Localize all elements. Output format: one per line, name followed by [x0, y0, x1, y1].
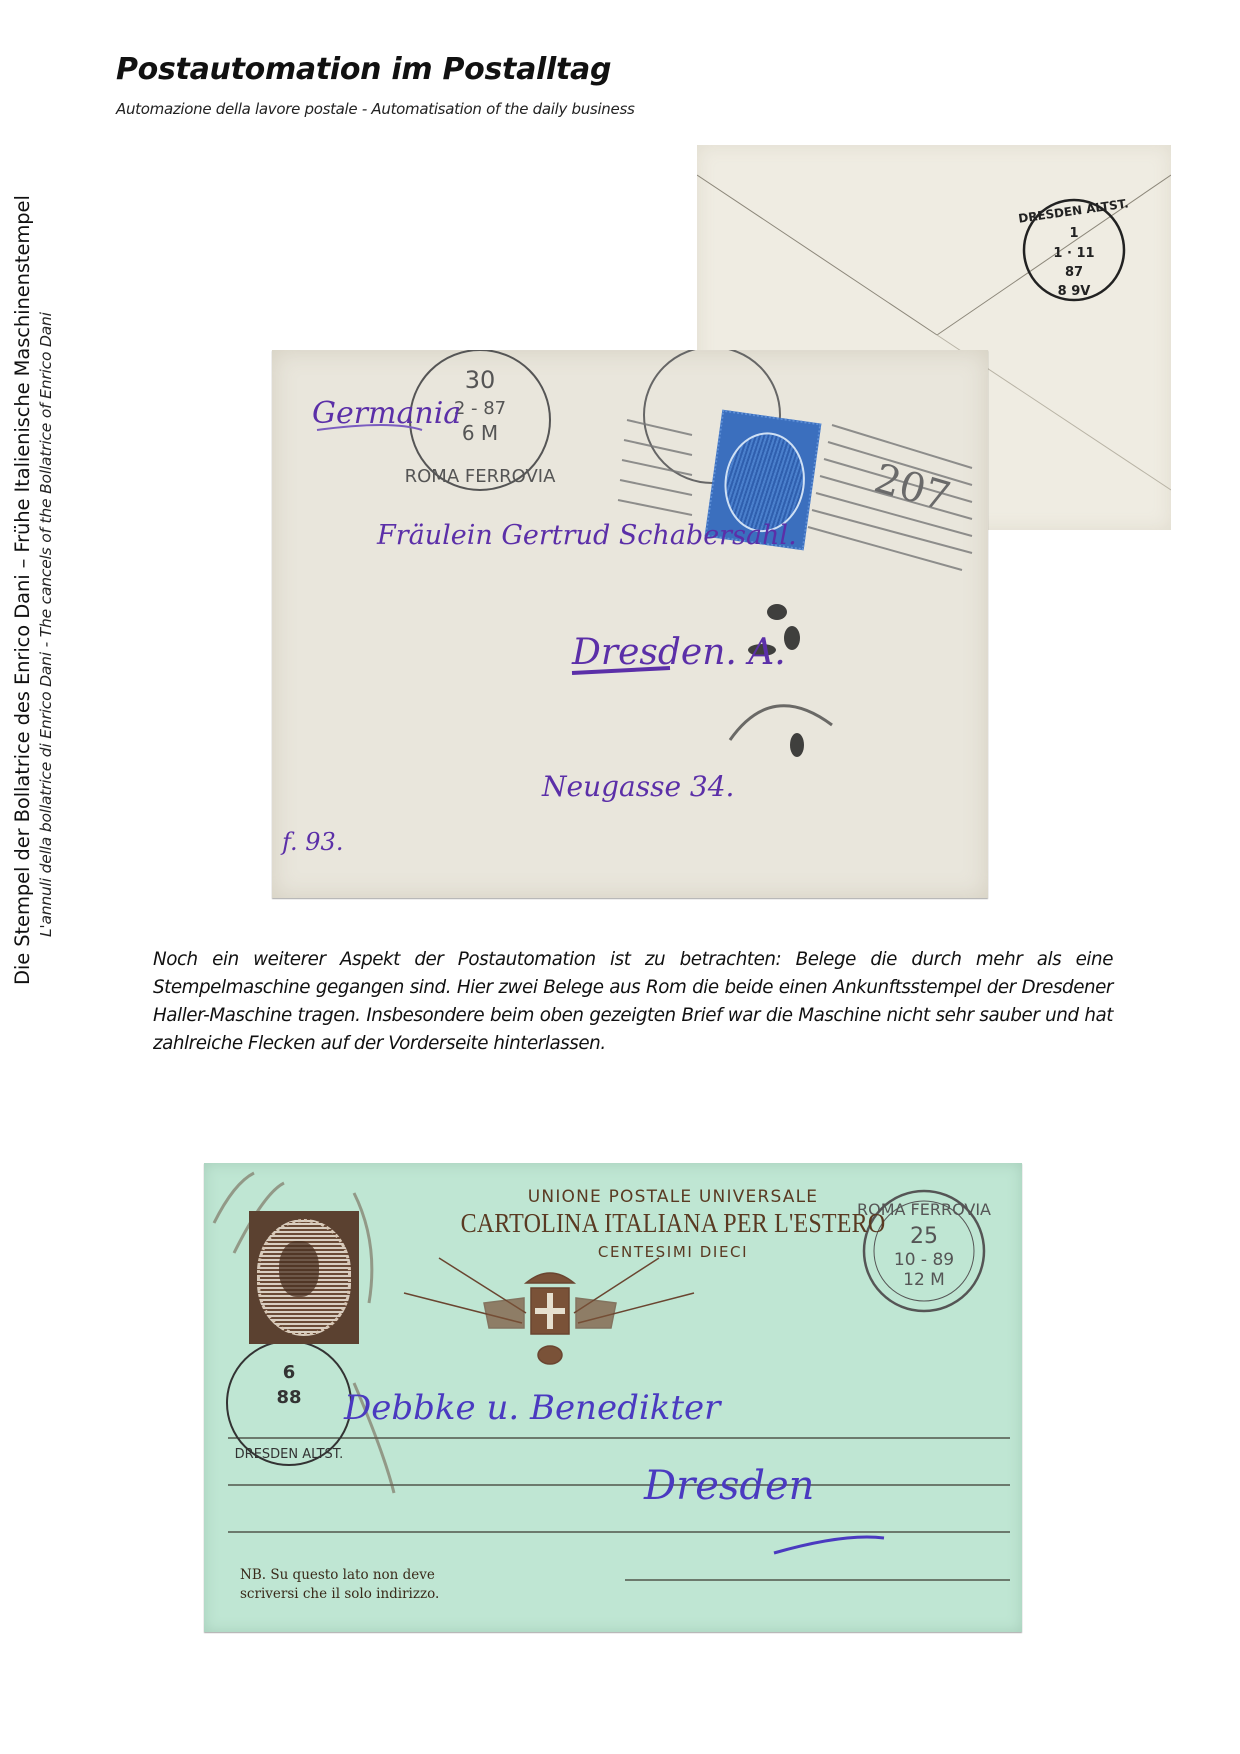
postcard-header-line1: UNIONE POSTALE UNIVERSALE	[204, 1187, 1022, 1207]
envelope-front-image: 30 2 - 87 6 M ROMA FERROVIA 207 Germania…	[272, 350, 988, 898]
svg-text:ROMA FERROVIA: ROMA FERROVIA	[405, 466, 556, 487]
side-title-sub: L'annuli della bollatrice di Enrico Dani…	[36, 45, 56, 985]
postcard-image: ROMA FERROVIA 25 10 - 89 12 M 6 88 DRESD…	[204, 1163, 1022, 1632]
svg-text:8 9V: 8 9V	[1058, 284, 1091, 299]
svg-text:1 · 11: 1 · 11	[1053, 246, 1094, 261]
svg-text:DRESDEN ALTST.: DRESDEN ALTST.	[235, 1447, 344, 1462]
handwriting-recipient: Fräulein Gertrud Schabersahl.	[377, 520, 797, 551]
description-text: Noch ein weiterer Aspekt der Postautomat…	[153, 946, 1113, 1058]
svg-text:2 - 87: 2 - 87	[454, 398, 506, 419]
svg-text:6: 6	[283, 1362, 296, 1383]
postcard-handwriting-city: Dresden	[644, 1463, 814, 1509]
postcard-header-line2: CARTOLINA ITALIANA PER L'ESTERO	[204, 1209, 1022, 1240]
side-title-main: Die Stempel der Bollatrice des Enrico Da…	[10, 45, 36, 985]
side-title: Die Stempel der Bollatrice des Enrico Da…	[10, 45, 56, 985]
svg-text:12 M: 12 M	[903, 1270, 945, 1290]
handwriting-street: Neugasse 34.	[542, 770, 734, 803]
svg-text:30: 30	[465, 366, 496, 394]
handwriting-note: f. 93.	[282, 828, 343, 856]
page-subtitle: Automazione della lavore postale - Autom…	[116, 100, 634, 118]
svg-text:88: 88	[276, 1387, 301, 1408]
handwriting-country: Germania	[312, 396, 461, 431]
postcard-handwriting-recipient: Debbke u. Benedikter	[344, 1388, 720, 1428]
page-title: Postautomation im Postalltag	[116, 52, 611, 87]
svg-text:1: 1	[1069, 226, 1078, 241]
svg-text:87: 87	[1065, 265, 1083, 280]
postcard-note: NB. Su questo lato non deve scriversi ch…	[240, 1566, 439, 1604]
svg-text:6 M: 6 M	[462, 421, 498, 445]
envelope-front-marks: 30 2 - 87 6 M ROMA FERROVIA 207	[272, 350, 988, 898]
handwriting-city: Dresden. A.	[572, 632, 786, 673]
postcard-header-line3: CENTESIMI DIECI	[204, 1243, 1022, 1261]
